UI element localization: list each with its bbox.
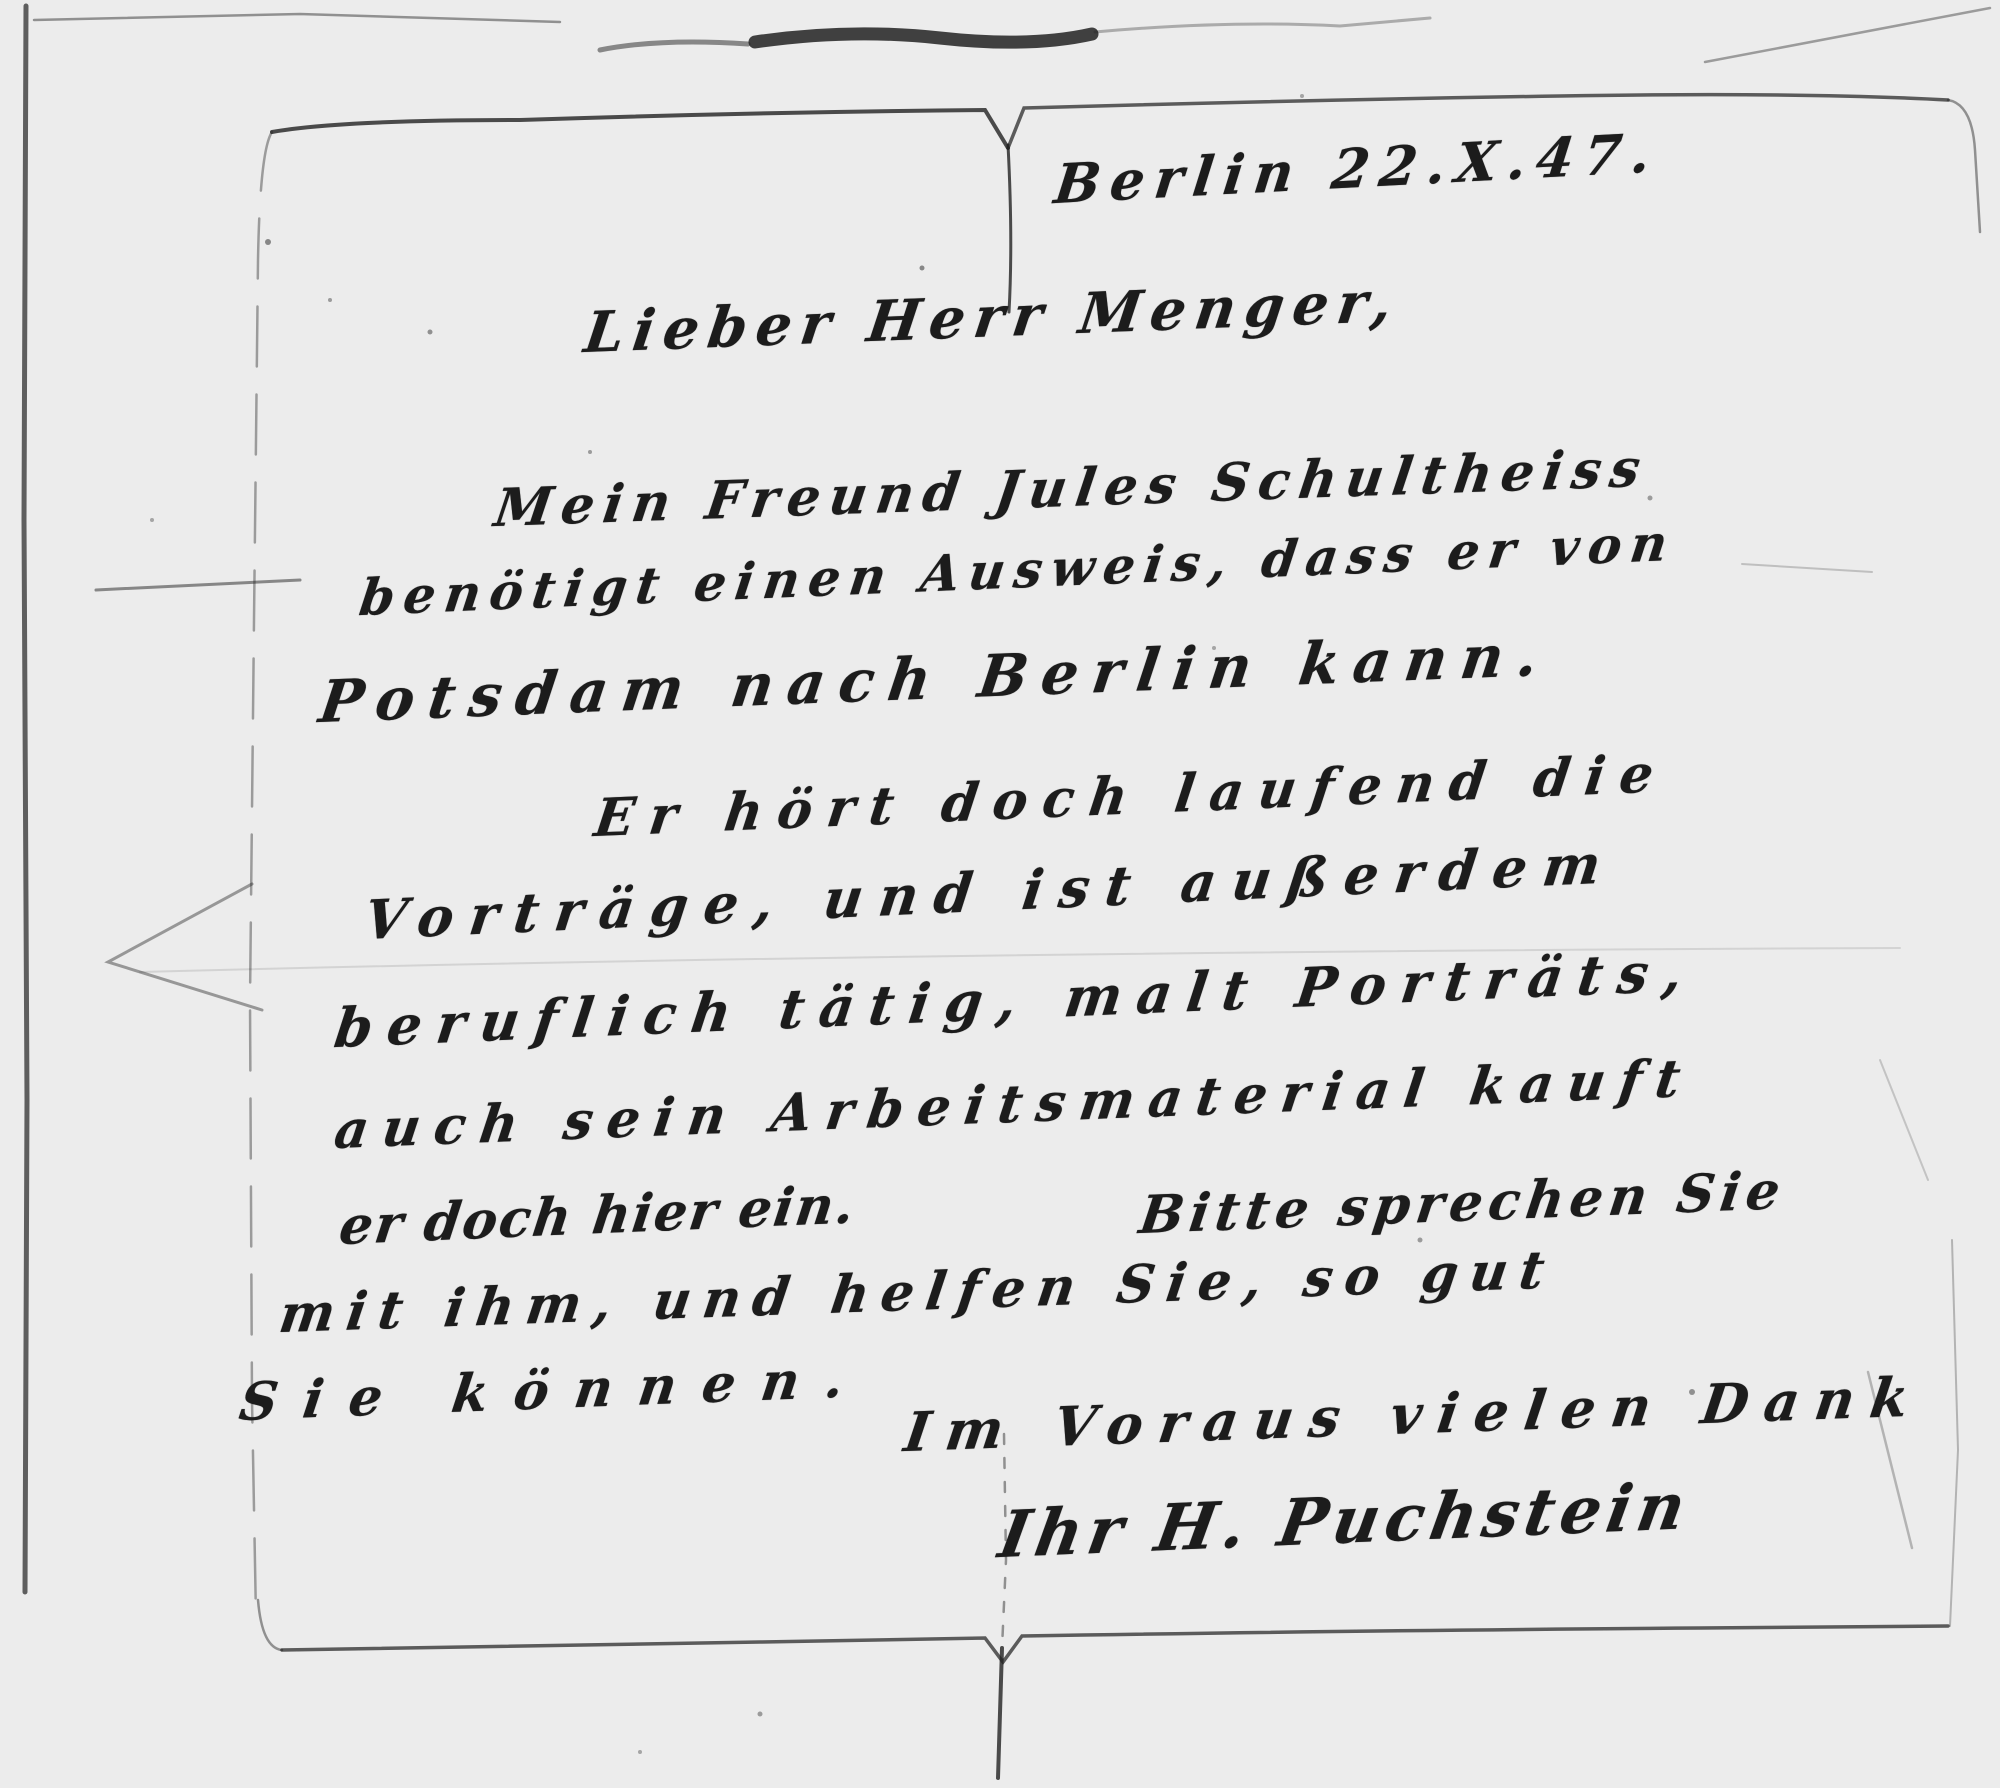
- body-line-4: Er hört doch laufend die: [591, 743, 1672, 849]
- scan-mark-top-left: [34, 14, 560, 22]
- body-line-6: beruflich tätig, malt Porträts,: [331, 939, 1702, 1061]
- scanned-letter-page: Berlin 22.X.47. Lieber Herr Menger, Mein…: [0, 0, 2000, 1788]
- closing-signature: Ihr H. Puchstein: [994, 1469, 1697, 1574]
- ink-smudge-top-left-tail: [600, 42, 748, 50]
- paper-outline-right: [1950, 1240, 1958, 1626]
- body-line-8-right: Bitte sprechen Sie: [1136, 1160, 1790, 1246]
- body-line-8: er doch hier ein.: [336, 1174, 860, 1257]
- body-line-7: auch sein Arbeitsmaterial kauft: [331, 1048, 1698, 1162]
- body-line-9: mit ihm, und helfen Sie, so gut: [276, 1239, 1560, 1345]
- body-line-10-right: Im Voraus vielen Dank: [900, 1364, 1928, 1464]
- paper-corner-bottom-left: [258, 1600, 282, 1650]
- crease-right-stub: [1742, 564, 1872, 572]
- salutation: Lieber Herr Menger,: [580, 268, 1405, 366]
- body-line-10: Sie können.: [236, 1348, 874, 1434]
- body-line-5: Vorträge, und ist außerdem: [361, 831, 1621, 952]
- paper-corner-top-right: [1948, 100, 1980, 232]
- paper-fold-line-bottom-lower: [998, 1648, 1002, 1778]
- paper-outline-top-left: [272, 110, 1008, 148]
- scanner-edge-line: [24, 6, 27, 1592]
- crease-left-stub: [96, 580, 300, 590]
- paper-outline-bottom: [282, 1626, 1948, 1662]
- body-line-3: Potsdam nach Berlin kann.: [315, 620, 1556, 736]
- crease-right-diagonal-upper: [1880, 1060, 1928, 1180]
- crease-left-chevron: [108, 884, 262, 1010]
- ink-smudge-top-right-tail: [1095, 18, 1430, 32]
- scan-mark-top-right: [1705, 8, 1990, 62]
- dateline: Berlin 22.X.47.: [1051, 120, 1664, 216]
- ink-smudge-top: [755, 34, 1092, 42]
